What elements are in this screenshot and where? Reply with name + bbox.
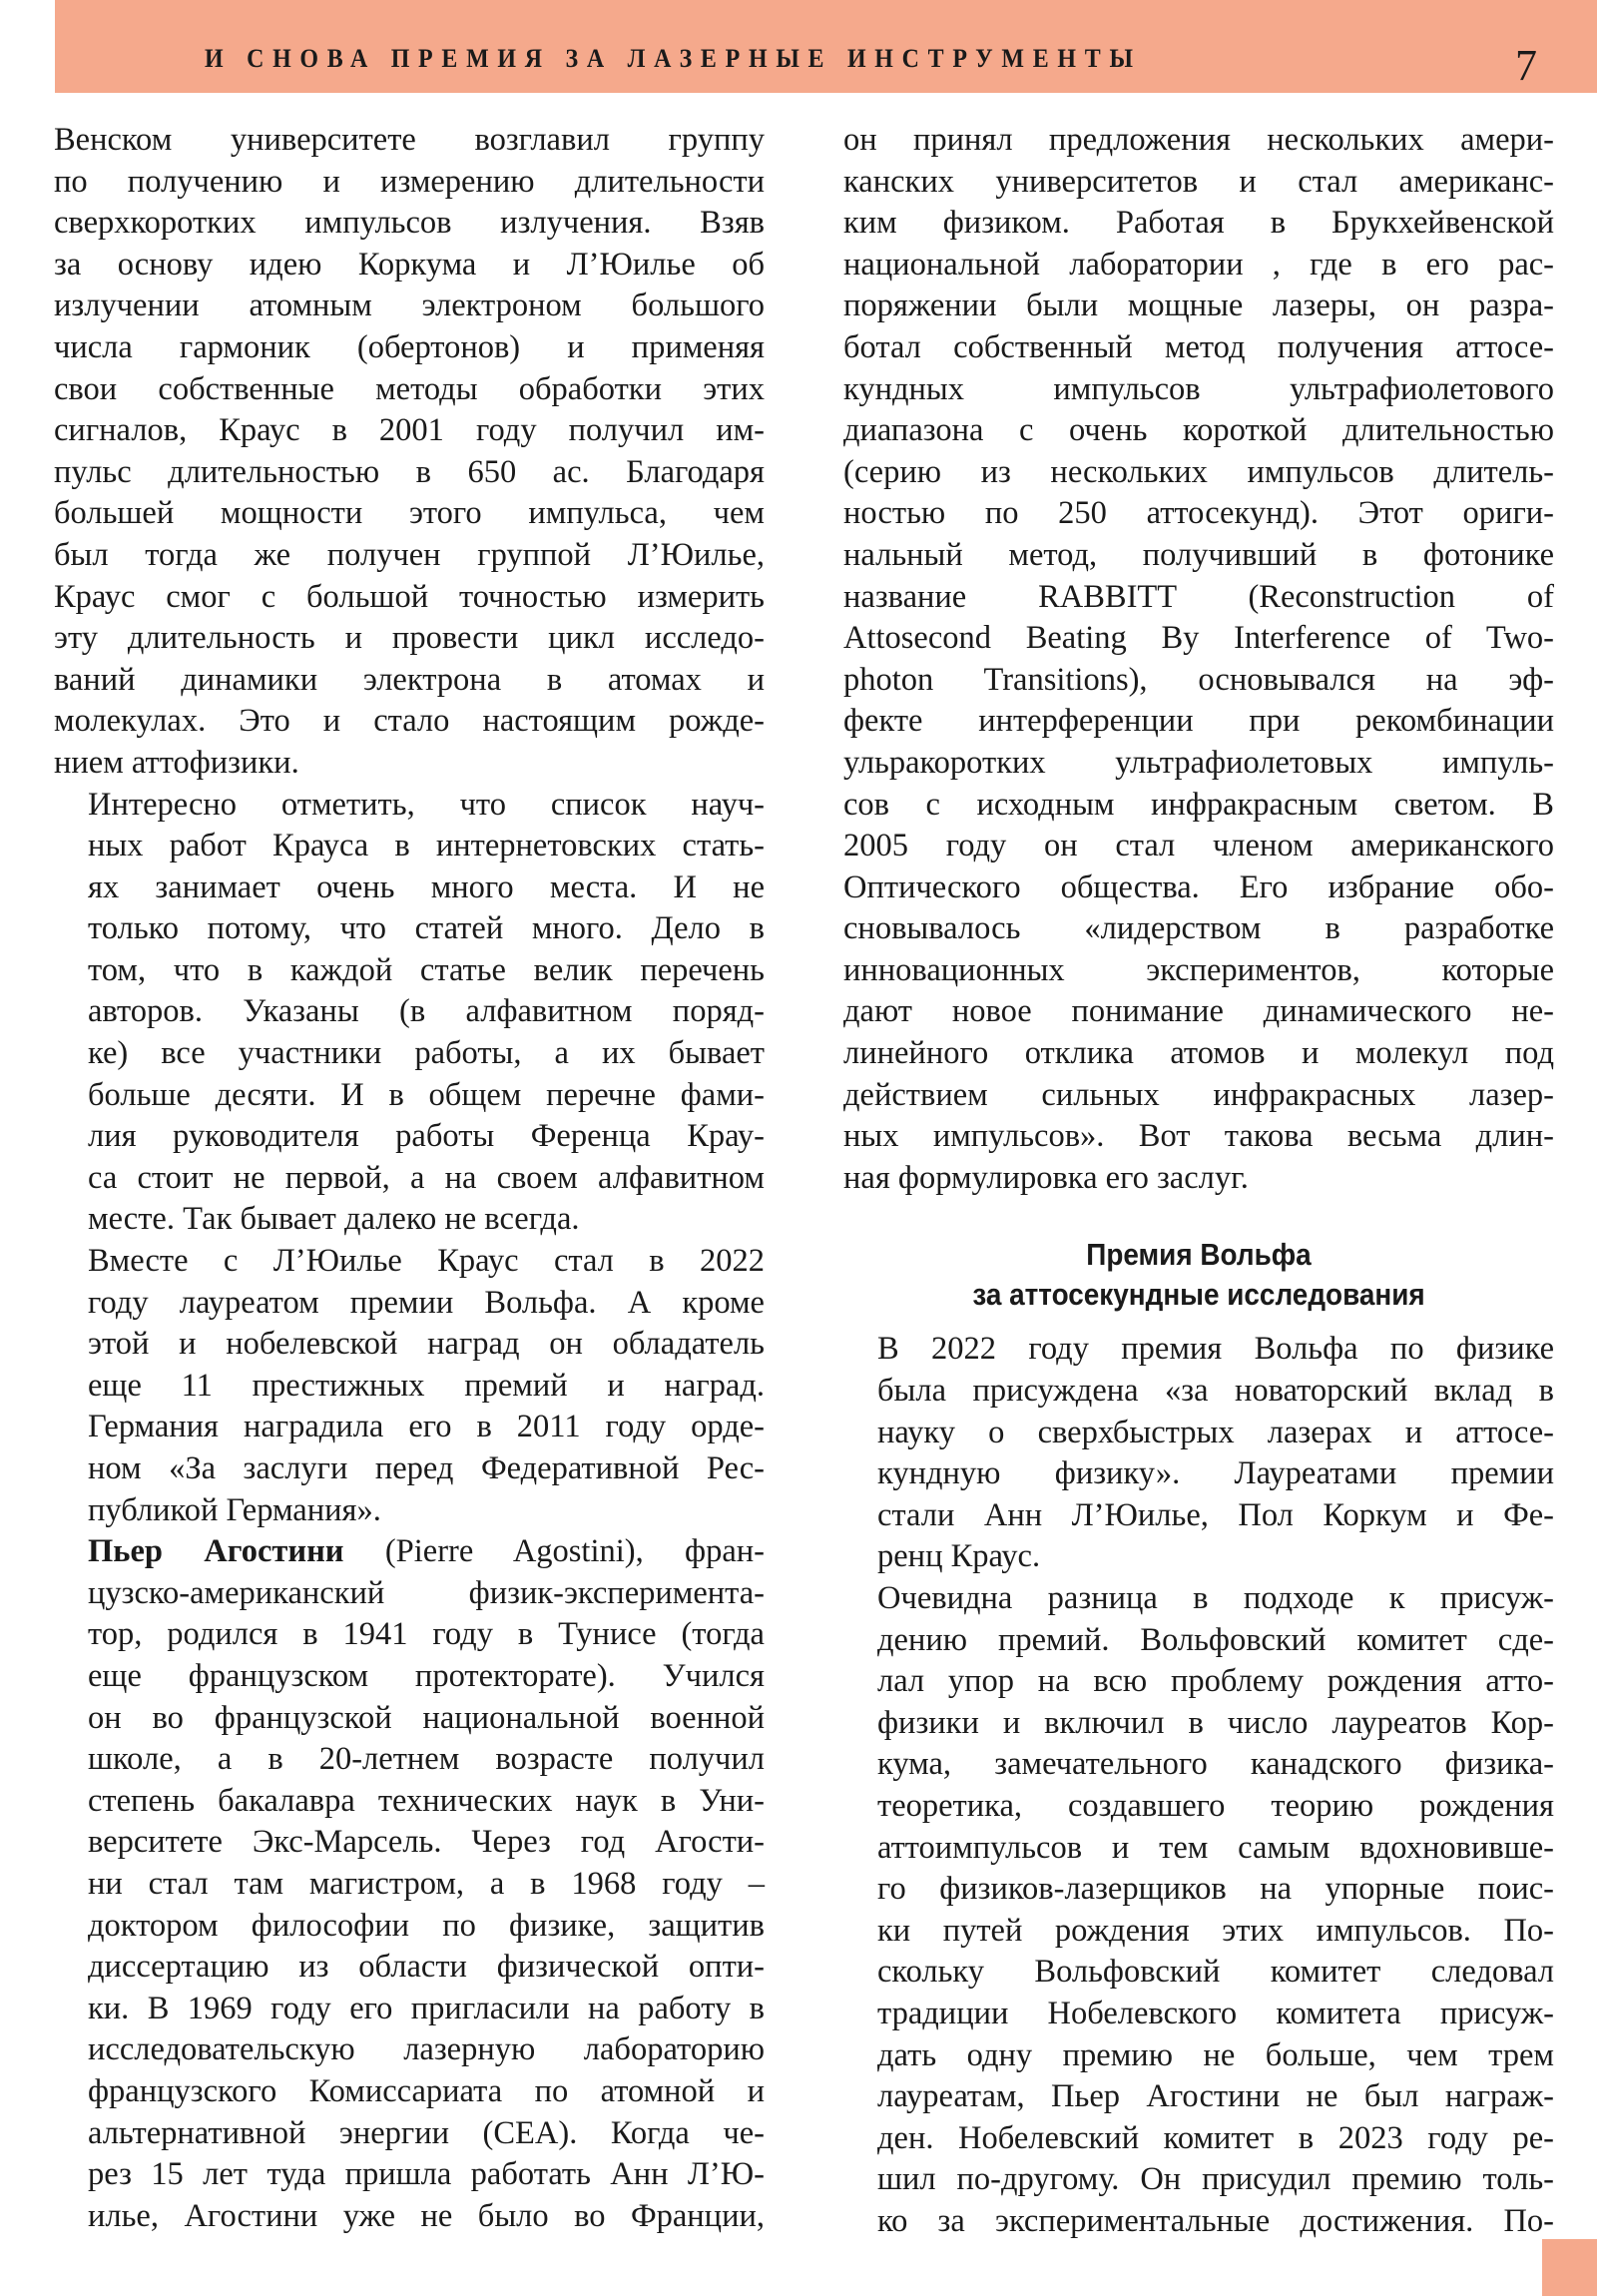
paragraph-agostini-continued: он принял предложения нескольких амери-к… [843, 120, 1554, 1199]
text-line: национальной лаборатории , где в его рас… [843, 245, 1554, 287]
text-line: альтернативной энергии (CEA). Когда че- [54, 2113, 765, 2155]
paragraph-krausz-continued: Венском университете возглавил группупо … [54, 120, 765, 785]
text-line: Пьер Агостини (Pierre Agostini), фран- [54, 1531, 765, 1573]
text-line: этой и нобелевской наград он обладатель [54, 1324, 765, 1366]
text-line: был тогда же получен группой Л’Юилье, [54, 535, 765, 577]
text-line: ностью по 250 аттосекунд). Этот ориги- [843, 493, 1554, 535]
text-line: по получению и измерению длительности [54, 162, 765, 204]
text-line: эту длительность и провести цикл исследо… [54, 618, 765, 660]
text-line: шил по-другому. Он присудил премию толь- [843, 2159, 1554, 2201]
paragraph-award-approach: Очевидна разница в подходе к присуж-дени… [843, 1578, 1554, 2243]
text-line: он принял предложения нескольких амери- [843, 120, 1554, 162]
text-line: ден. Нобелевский комитет в 2023 году ре- [843, 2118, 1554, 2160]
text-line: ных работ Крауса в интернетовских стать- [54, 826, 765, 867]
text-line: сновывалось «лидерством в разработке [843, 908, 1554, 950]
paragraph-wolf-prize-2022: В 2022 году премия Вольфа по физикебыла … [843, 1329, 1554, 1578]
text-line: Венском университете возглавил группу [54, 120, 765, 162]
text-line: теоретика, создавшего теорию рождения [843, 1786, 1554, 1828]
text-line: ки путей рождения этих импульсов. По- [843, 1911, 1554, 1953]
paragraph-publications: Интересно отметить, что список науч-ных … [54, 785, 765, 1242]
text-line: была присуждена «за новаторский вклад в [843, 1371, 1554, 1413]
text-line: степень бакалавра технических наук в Уни… [54, 1781, 765, 1823]
page-number: 7 [1515, 40, 1537, 91]
text-line: скольку Вольфовский комитет следовал [843, 1952, 1554, 1994]
text-line: стали Анн Л’Юилье, Пол Коркум и Фе- [843, 1495, 1554, 1537]
text-line: лауреатам, Пьер Агостини не был награж- [843, 2076, 1554, 2118]
text-line: школе, а в 20-летнем возрасте получил [54, 1739, 765, 1781]
text-line: тор, родился в 1941 году в Тунисе (тогда [54, 1614, 765, 1656]
text-line: photon Transitions), основывался на эф- [843, 660, 1554, 702]
paragraph-wolf-prize-krausz: Вместе с Л’Юилье Краус стал в 2022году л… [54, 1241, 765, 1531]
section-heading: Премия Вольфа за аттосекундные исследова… [879, 1235, 1519, 1315]
text-line: верситете Экс-Марсель. Через год Агости- [54, 1822, 765, 1864]
left-column: Венском университете возглавил группупо … [54, 120, 765, 2237]
running-title: И СНОВА ПРЕМИЯ ЗА ЛАЗЕРНЫЕ ИНСТРУМЕНТЫ [205, 44, 1142, 74]
text-line: Оптического общества. Его избрание обо- [843, 867, 1554, 909]
text-line: лал упор на всю проблему рождения атто- [843, 1661, 1554, 1703]
text-line: диссертацию из области физической опти- [54, 1947, 765, 1989]
text-line: том, что в каждой статье велик перечень [54, 950, 765, 992]
text-line: ко за экспериментальные достижения. По- [843, 2201, 1554, 2243]
text-line: месте. Так бывает далеко не всегда. [54, 1199, 765, 1241]
text-line: сверхкоротких импульсов излучения. Взяв [54, 203, 765, 245]
paragraph-agostini-rest: цузско-американский физик-эксперимента-т… [54, 1573, 765, 2238]
text-line: только потому, что статей много. Дело в [54, 908, 765, 950]
text-line: Очевидна разница в подходе к присуж- [843, 1578, 1554, 1620]
text-line: дению премий. Вольфовский комитет сде- [843, 1620, 1554, 1662]
text-line: ким физиком. Работая в Брукхейвенской [843, 203, 1554, 245]
text-line: фекте интерференции при рекомбинации [843, 701, 1554, 743]
text-line: ульракоротких ультрафиолетовых импуль- [843, 743, 1554, 785]
text-line: Вместе с Л’Юилье Краус стал в 2022 [54, 1241, 765, 1283]
text-line: цузско-американский физик-эксперимента- [54, 1573, 765, 1615]
text-line: ни стал там магистром, а в 1968 году – [54, 1864, 765, 1906]
text-line: науку о сверхбыстрых лазерах и аттосе- [843, 1413, 1554, 1454]
text-line: физики и включил в число лауреатов Кор- [843, 1703, 1554, 1745]
text-line: ваний динамики электрона в атомах и [54, 660, 765, 702]
text-line: больше десяти. И в общем перечне фами- [54, 1075, 765, 1117]
text-line: пульс длительностью в 650 ас. Благодаря [54, 452, 765, 494]
text-line: за основу идею Коркума и Л’Юилье об [54, 245, 765, 287]
text-line: молекулах. Это и стало настоящим рожде- [54, 701, 765, 743]
text-line: ных импульсов». Вот такова весьма длин- [843, 1116, 1554, 1158]
text-line: дают новое понимание динамического не- [843, 991, 1554, 1033]
text-line: доктором философии по физике, защитив [54, 1906, 765, 1948]
text-line: инновационных экспериментов, которые [843, 950, 1554, 992]
text-line: публикой Германия». [54, 1490, 765, 1532]
text-line: лия руководителя работы Ференца Крау- [54, 1116, 765, 1158]
text-line: свои собственные методы обработки этих [54, 369, 765, 411]
text-line: (серию из нескольких импульсов длитель- [843, 452, 1554, 494]
text-line: дать одну премию не больше, чем трем [843, 2035, 1554, 2077]
text-line: канских университетов и стал американс- [843, 162, 1554, 204]
text-line: кундную физику». Лауреатами премии [843, 1453, 1554, 1495]
text-line: го физиков-лазерщиков на упорные поис- [843, 1869, 1554, 1911]
text-line: Интересно отметить, что список науч- [54, 785, 765, 827]
text-line: сигналов, Краус в 2001 году получил им- [54, 410, 765, 452]
text-line: са стоит не первой, а на своем алфавитно… [54, 1158, 765, 1200]
text-line: аттоимпульсов и тем самым вдохновивше- [843, 1828, 1554, 1870]
text-line: Attosecond Beating By Interference of Tw… [843, 618, 1554, 660]
text-line: ная формулировка его заслуг. [843, 1158, 1554, 1200]
text-line: исследовательскую лазерную лабораторию [54, 2029, 765, 2071]
text-line: излучении атомным электроном большого [54, 286, 765, 327]
right-column: он принял предложения нескольких амери-к… [843, 120, 1554, 2243]
text-line: еще 11 престижных премий и наград. [54, 1366, 765, 1408]
text-line: действием сильных инфракрасных лазер- [843, 1075, 1554, 1117]
text-line: французского Комиссариата по атомной и [54, 2071, 765, 2113]
text-line: ренц Краус. [843, 1536, 1554, 1578]
text-line: нальный метод, получивший в фотонике [843, 535, 1554, 577]
text-line: Германия наградила его в 2011 году орде- [54, 1407, 765, 1448]
paragraph-agostini: Пьер Агостини (Pierre Agostini), фран- ц… [54, 1531, 765, 2237]
text-line: Краус смог с большой точностью измерить [54, 577, 765, 619]
section-heading-line1: Премия Вольфа [879, 1235, 1519, 1275]
text-line: В 2022 году премия Вольфа по физике [843, 1329, 1554, 1371]
text-line: сов с исходным инфракрасным светом. В [843, 785, 1554, 827]
agostini-name: Пьер Агостини [88, 1533, 344, 1569]
text-line: он во французской национальной военной [54, 1698, 765, 1740]
text-line: линейного отклика атомов и молекул под [843, 1033, 1554, 1075]
text-line: ях занимает очень много места. И не [54, 867, 765, 909]
text-line: ботал собственный метод получения аттосе… [843, 327, 1554, 369]
text-line: числа гармоник (обертонов) и применяя [54, 327, 765, 369]
text-line: ке) все участники работы, а их бывает [54, 1033, 765, 1075]
text-line: традиции Нобелевского комитета присуж- [843, 1994, 1554, 2035]
text-line: кума, замечательного канадского физика- [843, 1744, 1554, 1786]
text-line: еще французском протекторате). Учился [54, 1656, 765, 1698]
text-line: поряжении были мощные лазеры, он разра- [843, 286, 1554, 327]
text-line: нием аттофизики. [54, 743, 765, 785]
text-line: авторов. Указаны (в алфавитном поряд- [54, 991, 765, 1033]
text-line: илье, Агостини уже не было во Франции, [54, 2196, 765, 2238]
text-line: рез 15 лет туда пришла работать Анн Л’Ю- [54, 2154, 765, 2196]
text-line: большей мощности этого импульса, чем [54, 493, 765, 535]
text-line: ки. В 1969 году его пригласили на работу… [54, 1989, 765, 2030]
section-heading-line2: за аттосекундные исследования [879, 1275, 1519, 1315]
text-line: ном «За заслуги перед Федеративной Рес- [54, 1448, 765, 1490]
text-line: название RABBITT (Reconstruction of [843, 577, 1554, 619]
page-corner-tab [1542, 2239, 1597, 2296]
text-line: 2005 году он стал членом американского [843, 826, 1554, 867]
text-line: году лауреатом премии Вольфа. А кроме [54, 1283, 765, 1325]
text-line: диапазона с очень короткой длительностью [843, 410, 1554, 452]
text-line: кундных импульсов ультрафиолетового [843, 369, 1554, 411]
